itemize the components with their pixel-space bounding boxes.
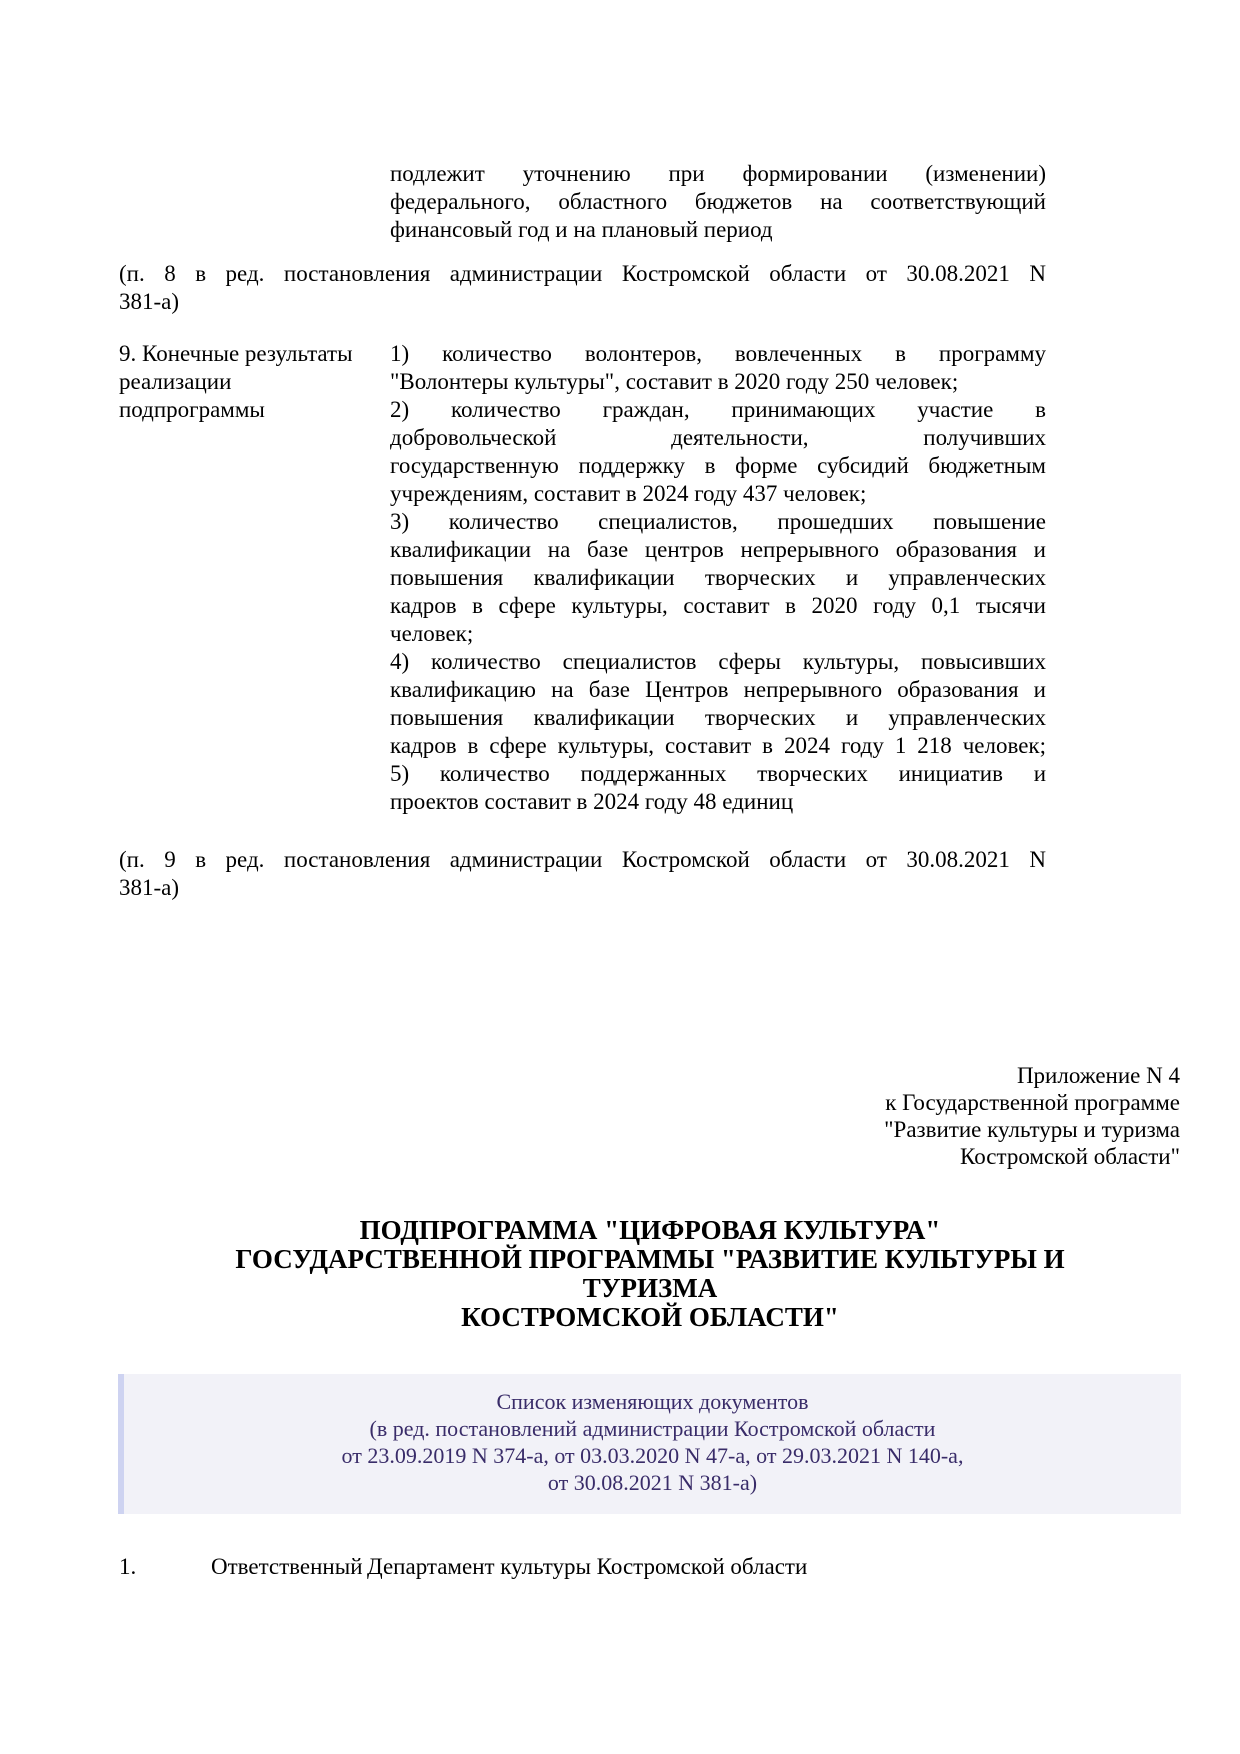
result-line: проектов составит в 2024 году 48 единиц (390, 788, 1046, 816)
result-line: человек; (390, 620, 1046, 648)
result-line: учреждениям, составит в 2024 году 437 че… (390, 480, 1046, 508)
text-line: федерального, областного бюджетов на соо… (390, 188, 1046, 216)
result-line: 5) количество поддержанных творческих ин… (390, 760, 1046, 788)
row-value: Департамент культуры Костромской области (367, 1553, 807, 1581)
amendments-line: от 30.08.2021 N 381-а) (124, 1469, 1181, 1496)
text-line: подпрограммы (119, 396, 384, 424)
section8-amendment-note: (п. 8 в ред. постановления администрации… (119, 260, 1046, 316)
result-line: повышения квалификации творческих и упра… (390, 564, 1046, 592)
appendix-line: к Государственной программе (700, 1089, 1180, 1116)
subprogram-title: ПОДПРОГРАММА "ЦИФРОВАЯ КУЛЬТУРА" ГОСУДАР… (120, 1216, 1180, 1332)
row-number: 1. (119, 1553, 136, 1581)
section9-amendment-note: (п. 9 в ред. постановления администрации… (119, 846, 1046, 902)
text-line: (п. 9 в ред. постановления администрации… (119, 846, 1046, 874)
appendix-line: "Развитие культуры и туризма (700, 1116, 1180, 1143)
appendix-line: Костромской области" (700, 1143, 1180, 1170)
result-line: "Волонтеры культуры", составит в 2020 го… (390, 368, 1046, 396)
result-line: 4) количество специалистов сферы культур… (390, 648, 1046, 676)
text-line: 381-а) (119, 874, 1046, 902)
result-line: квалификацию на базе Центров непрерывног… (390, 676, 1046, 704)
text-line: реализации (119, 368, 384, 396)
result-line: 1) количество волонтеров, вовлеченных в … (390, 340, 1046, 368)
title-line: ГОСУДАРСТВЕННОЙ ПРОГРАММЫ "РАЗВИТИЕ КУЛЬ… (120, 1245, 1180, 1274)
row-label: Ответственный (211, 1553, 363, 1581)
result-line: добровольческой деятельности, получивших (390, 424, 1046, 452)
amendments-heading: Список изменяющих документов (124, 1388, 1181, 1415)
text-line: подлежит уточнению при формировании (изм… (390, 160, 1046, 188)
text-line: 9. Конечные результаты (119, 340, 384, 368)
text-line: финансовый год и на плановый период (390, 216, 1046, 244)
section9-results: 1) количество волонтеров, вовлеченных в … (390, 340, 1046, 816)
amendments-line: от 23.09.2019 N 374-а, от 03.03.2020 N 4… (124, 1442, 1181, 1469)
section9-label: 9. Конечные результаты реализации подпро… (119, 340, 384, 424)
result-line: 2) количество граждан, принимающих участ… (390, 396, 1046, 424)
amendments-box: Список изменяющих документов (в ред. пос… (118, 1374, 1181, 1514)
result-line: 3) количество специалистов, прошедших по… (390, 508, 1046, 536)
title-line: ТУРИЗМА (120, 1274, 1180, 1303)
amendments-text: Список изменяющих документов (в ред. пос… (124, 1388, 1181, 1496)
appendix-line: Приложение N 4 (700, 1062, 1180, 1089)
amendments-line: (в ред. постановлений администрации Кост… (124, 1415, 1181, 1442)
section8-continuation: подлежит уточнению при формировании (изм… (390, 160, 1046, 244)
result-line: государственную поддержку в форме субсид… (390, 452, 1046, 480)
text-line: 381-а) (119, 288, 1046, 316)
result-line: кадров в сфере культуры, составит в 2024… (390, 732, 1046, 760)
result-line: квалификации на базе центров непрерывног… (390, 536, 1046, 564)
text-line: (п. 8 в ред. постановления администрации… (119, 260, 1046, 288)
appendix-header: Приложение N 4 к Государственной програм… (700, 1062, 1180, 1170)
result-line: кадров в сфере культуры, составит в 2020… (390, 592, 1046, 620)
result-line: повышения квалификации творческих и упра… (390, 704, 1046, 732)
title-line: КОСТРОМСКОЙ ОБЛАСТИ" (120, 1303, 1180, 1332)
title-line: ПОДПРОГРАММА "ЦИФРОВАЯ КУЛЬТУРА" (120, 1216, 1180, 1245)
